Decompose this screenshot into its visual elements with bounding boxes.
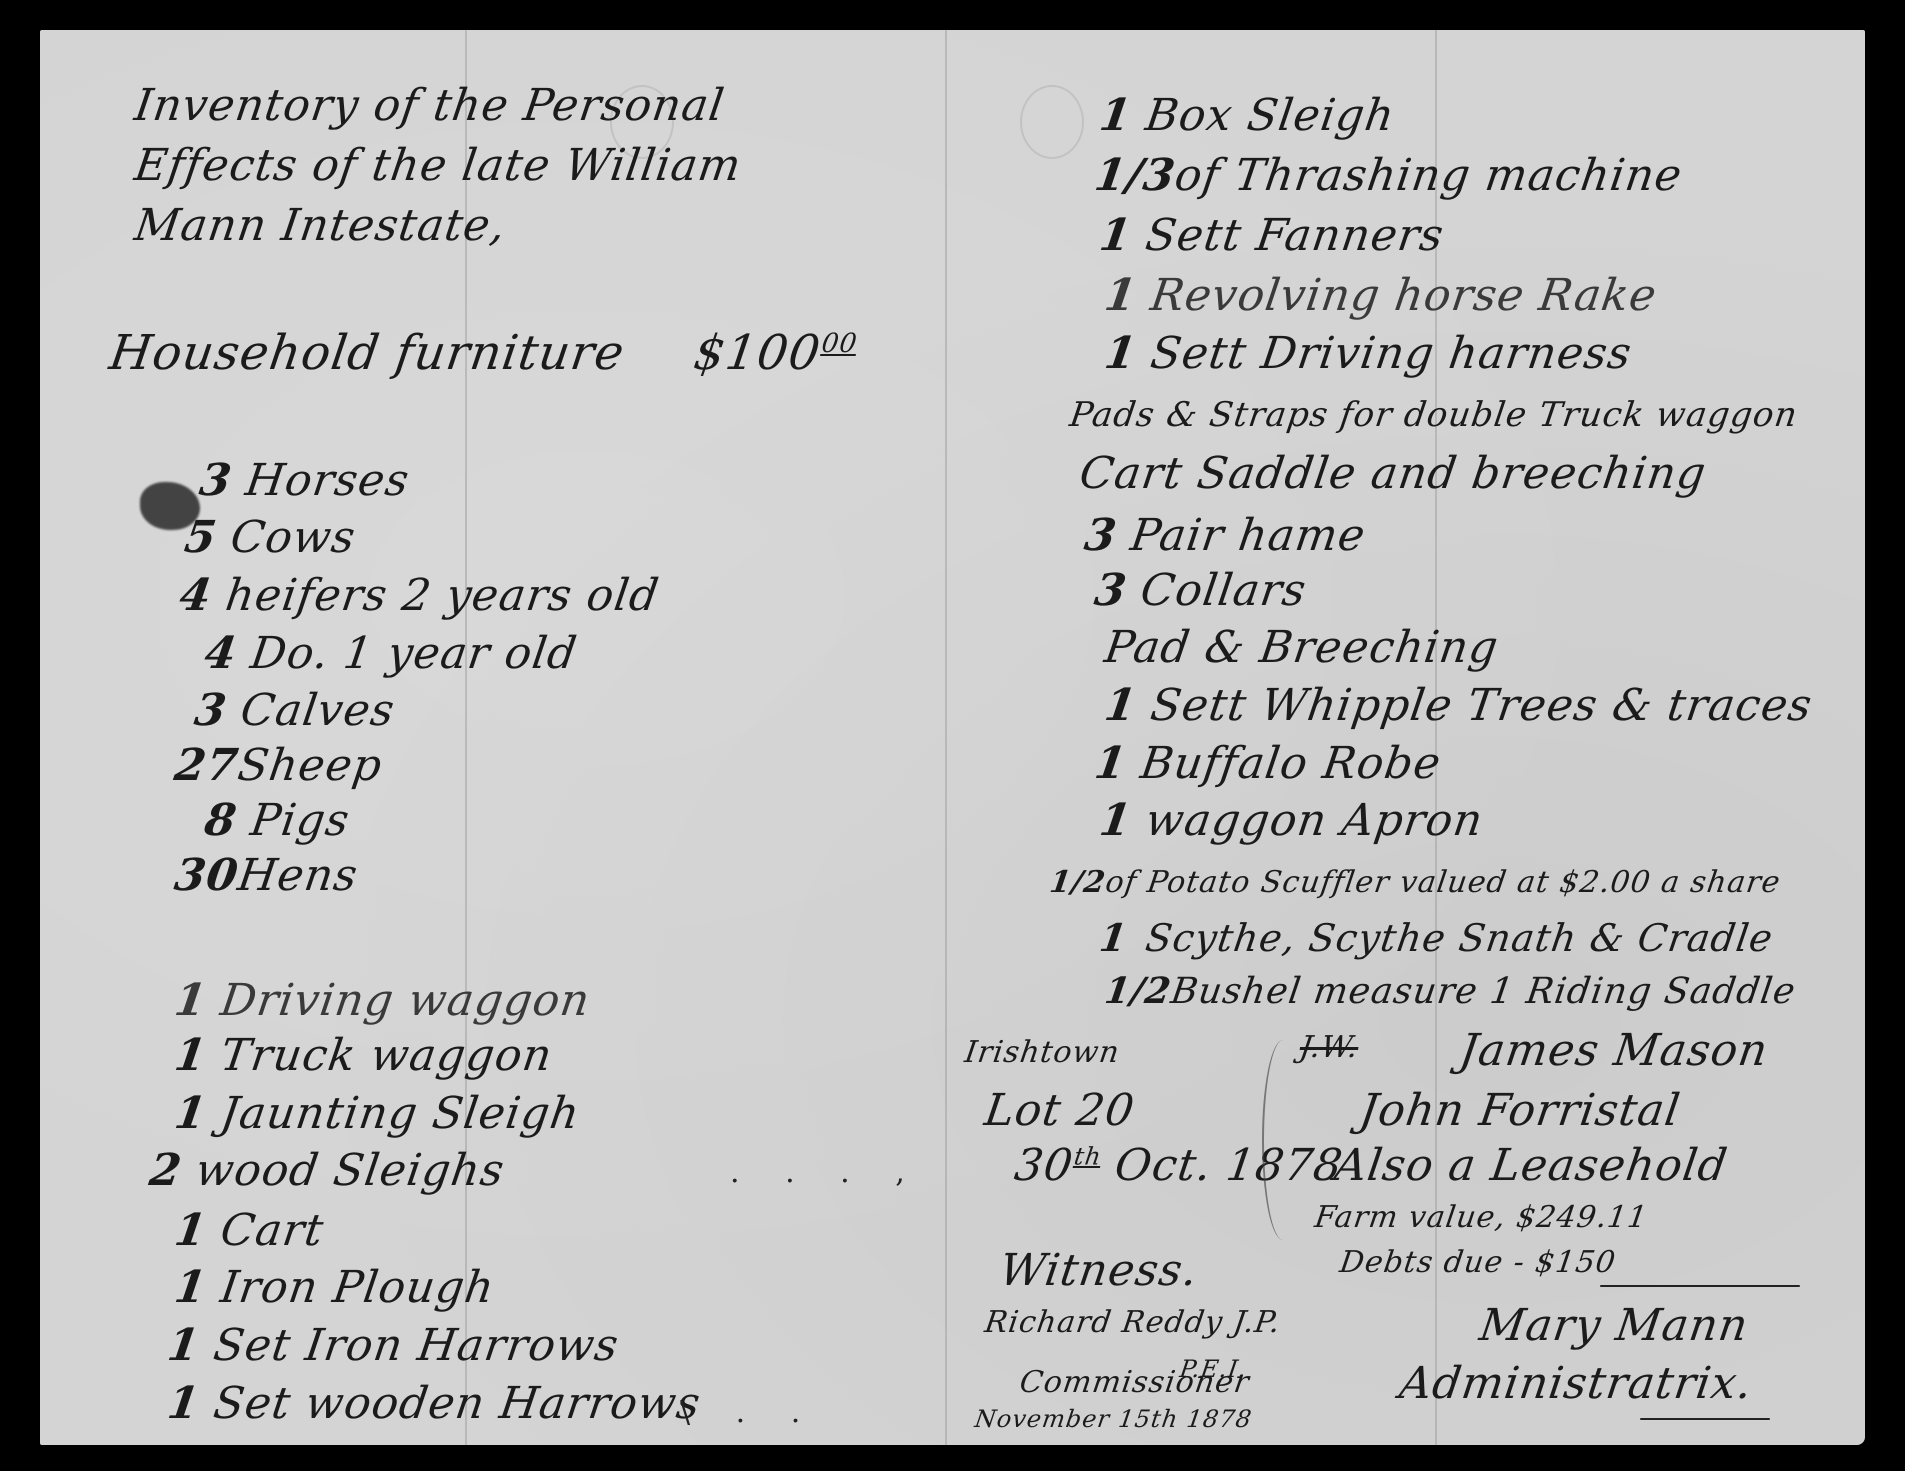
fold-line bbox=[945, 30, 947, 1445]
commissioner-note: P.E.I. bbox=[1178, 1355, 1249, 1383]
list-item: 1Jaunting Sleigh bbox=[171, 1088, 583, 1139]
list-item: 3Calves bbox=[191, 685, 398, 736]
debts-line: Debts due - $150 bbox=[1338, 1245, 1619, 1280]
title-line-3: Mann Intestate, bbox=[131, 200, 509, 251]
embossed-stamp bbox=[1020, 85, 1084, 159]
witness-label: Witness. bbox=[996, 1245, 1201, 1296]
list-item: 4heifers 2 years old bbox=[176, 570, 662, 621]
struck-initials: J.W. bbox=[1298, 1030, 1361, 1065]
list-item: 8Pigs bbox=[201, 795, 353, 846]
brace-mark bbox=[1262, 1040, 1304, 1240]
list-item: 2wood Sleighs bbox=[146, 1145, 507, 1196]
stray-ink-marks: . . . , bbox=[730, 1155, 923, 1190]
list-item: 1Sett Fanners bbox=[1096, 210, 1447, 261]
household-furniture-line: Household furniture$10000 bbox=[106, 325, 860, 381]
township: Irishtown bbox=[963, 1035, 1123, 1070]
list-item: 3Pair hame bbox=[1081, 510, 1368, 561]
administratrix-title: Administratrix. bbox=[1396, 1358, 1755, 1409]
household-label: Household furniture bbox=[106, 325, 628, 381]
list-item: 27Sheep bbox=[171, 740, 385, 791]
list-item: 1Set Iron Harrows bbox=[164, 1320, 622, 1371]
list-item: 1/3of Thrashing machine bbox=[1091, 150, 1685, 201]
flourish bbox=[1640, 1418, 1770, 1420]
lot-number: Lot 20 bbox=[981, 1085, 1138, 1136]
list-item: 1Set wooden Harrows bbox=[164, 1378, 704, 1429]
flourish bbox=[1600, 1285, 1800, 1287]
farm-value-line: Farm value, $249.11 bbox=[1313, 1200, 1651, 1235]
list-item: 30Hens bbox=[171, 850, 361, 901]
list-item: 1Truck waggon bbox=[171, 1030, 555, 1081]
list-item: 1waggon Apron bbox=[1096, 795, 1486, 846]
title-line-1: Inventory of the Personal bbox=[131, 80, 727, 131]
list-item: Cart Saddle and breeching bbox=[1076, 448, 1709, 499]
list-item: 3Horses bbox=[196, 455, 412, 506]
stray-ink-marks: \ . . bbox=[680, 1395, 818, 1430]
list-item: Pad & Breeching bbox=[1101, 622, 1501, 673]
list-item: 1/2Bushel measure 1 Riding Saddle bbox=[1102, 970, 1798, 1012]
list-item: 1Scythe, Scythe Snath & Cradle bbox=[1097, 915, 1776, 960]
household-cents: 00 bbox=[820, 328, 860, 359]
list-item: 1Iron Plough bbox=[171, 1262, 497, 1313]
list-item: 1Box Sleigh bbox=[1096, 90, 1398, 141]
debts-value: $150 bbox=[1533, 1245, 1618, 1280]
appraiser-signature-2: John Forristal bbox=[1356, 1085, 1683, 1136]
list-item: 4Do. 1 year old bbox=[201, 628, 580, 679]
list-item: 1/2of Potato Scuffler valued at $2.00 a … bbox=[1048, 865, 1783, 900]
list-item: 1Buffalo Robe bbox=[1091, 738, 1444, 789]
administratrix-signature: Mary Mann bbox=[1476, 1300, 1751, 1351]
farm-value: $249.11 bbox=[1514, 1200, 1650, 1235]
witness-signature: Richard Reddy J.P. bbox=[983, 1305, 1283, 1340]
leasehold-note: Also a Leasehold bbox=[1331, 1140, 1730, 1191]
list-item: 1Sett Whipple Trees & traces bbox=[1101, 680, 1815, 731]
list-item: 1Revolving horse Rake bbox=[1101, 270, 1660, 321]
list-item: 5Cows bbox=[181, 512, 359, 563]
list-item: 1Sett Driving harness bbox=[1101, 328, 1635, 379]
list-item: 3Collars bbox=[1091, 565, 1309, 616]
appraiser-signature-1: James Mason bbox=[1456, 1025, 1771, 1076]
list-item: 1Driving waggon bbox=[171, 975, 593, 1026]
household-amount: $100 bbox=[690, 325, 824, 381]
title-line-2: Effects of the late William bbox=[131, 140, 744, 191]
commissioner-date: November 15th 1878 bbox=[973, 1405, 1254, 1433]
list-item: 1Cart bbox=[171, 1205, 327, 1256]
list-item: Pads & Straps for double Truck waggon bbox=[1067, 395, 1800, 435]
